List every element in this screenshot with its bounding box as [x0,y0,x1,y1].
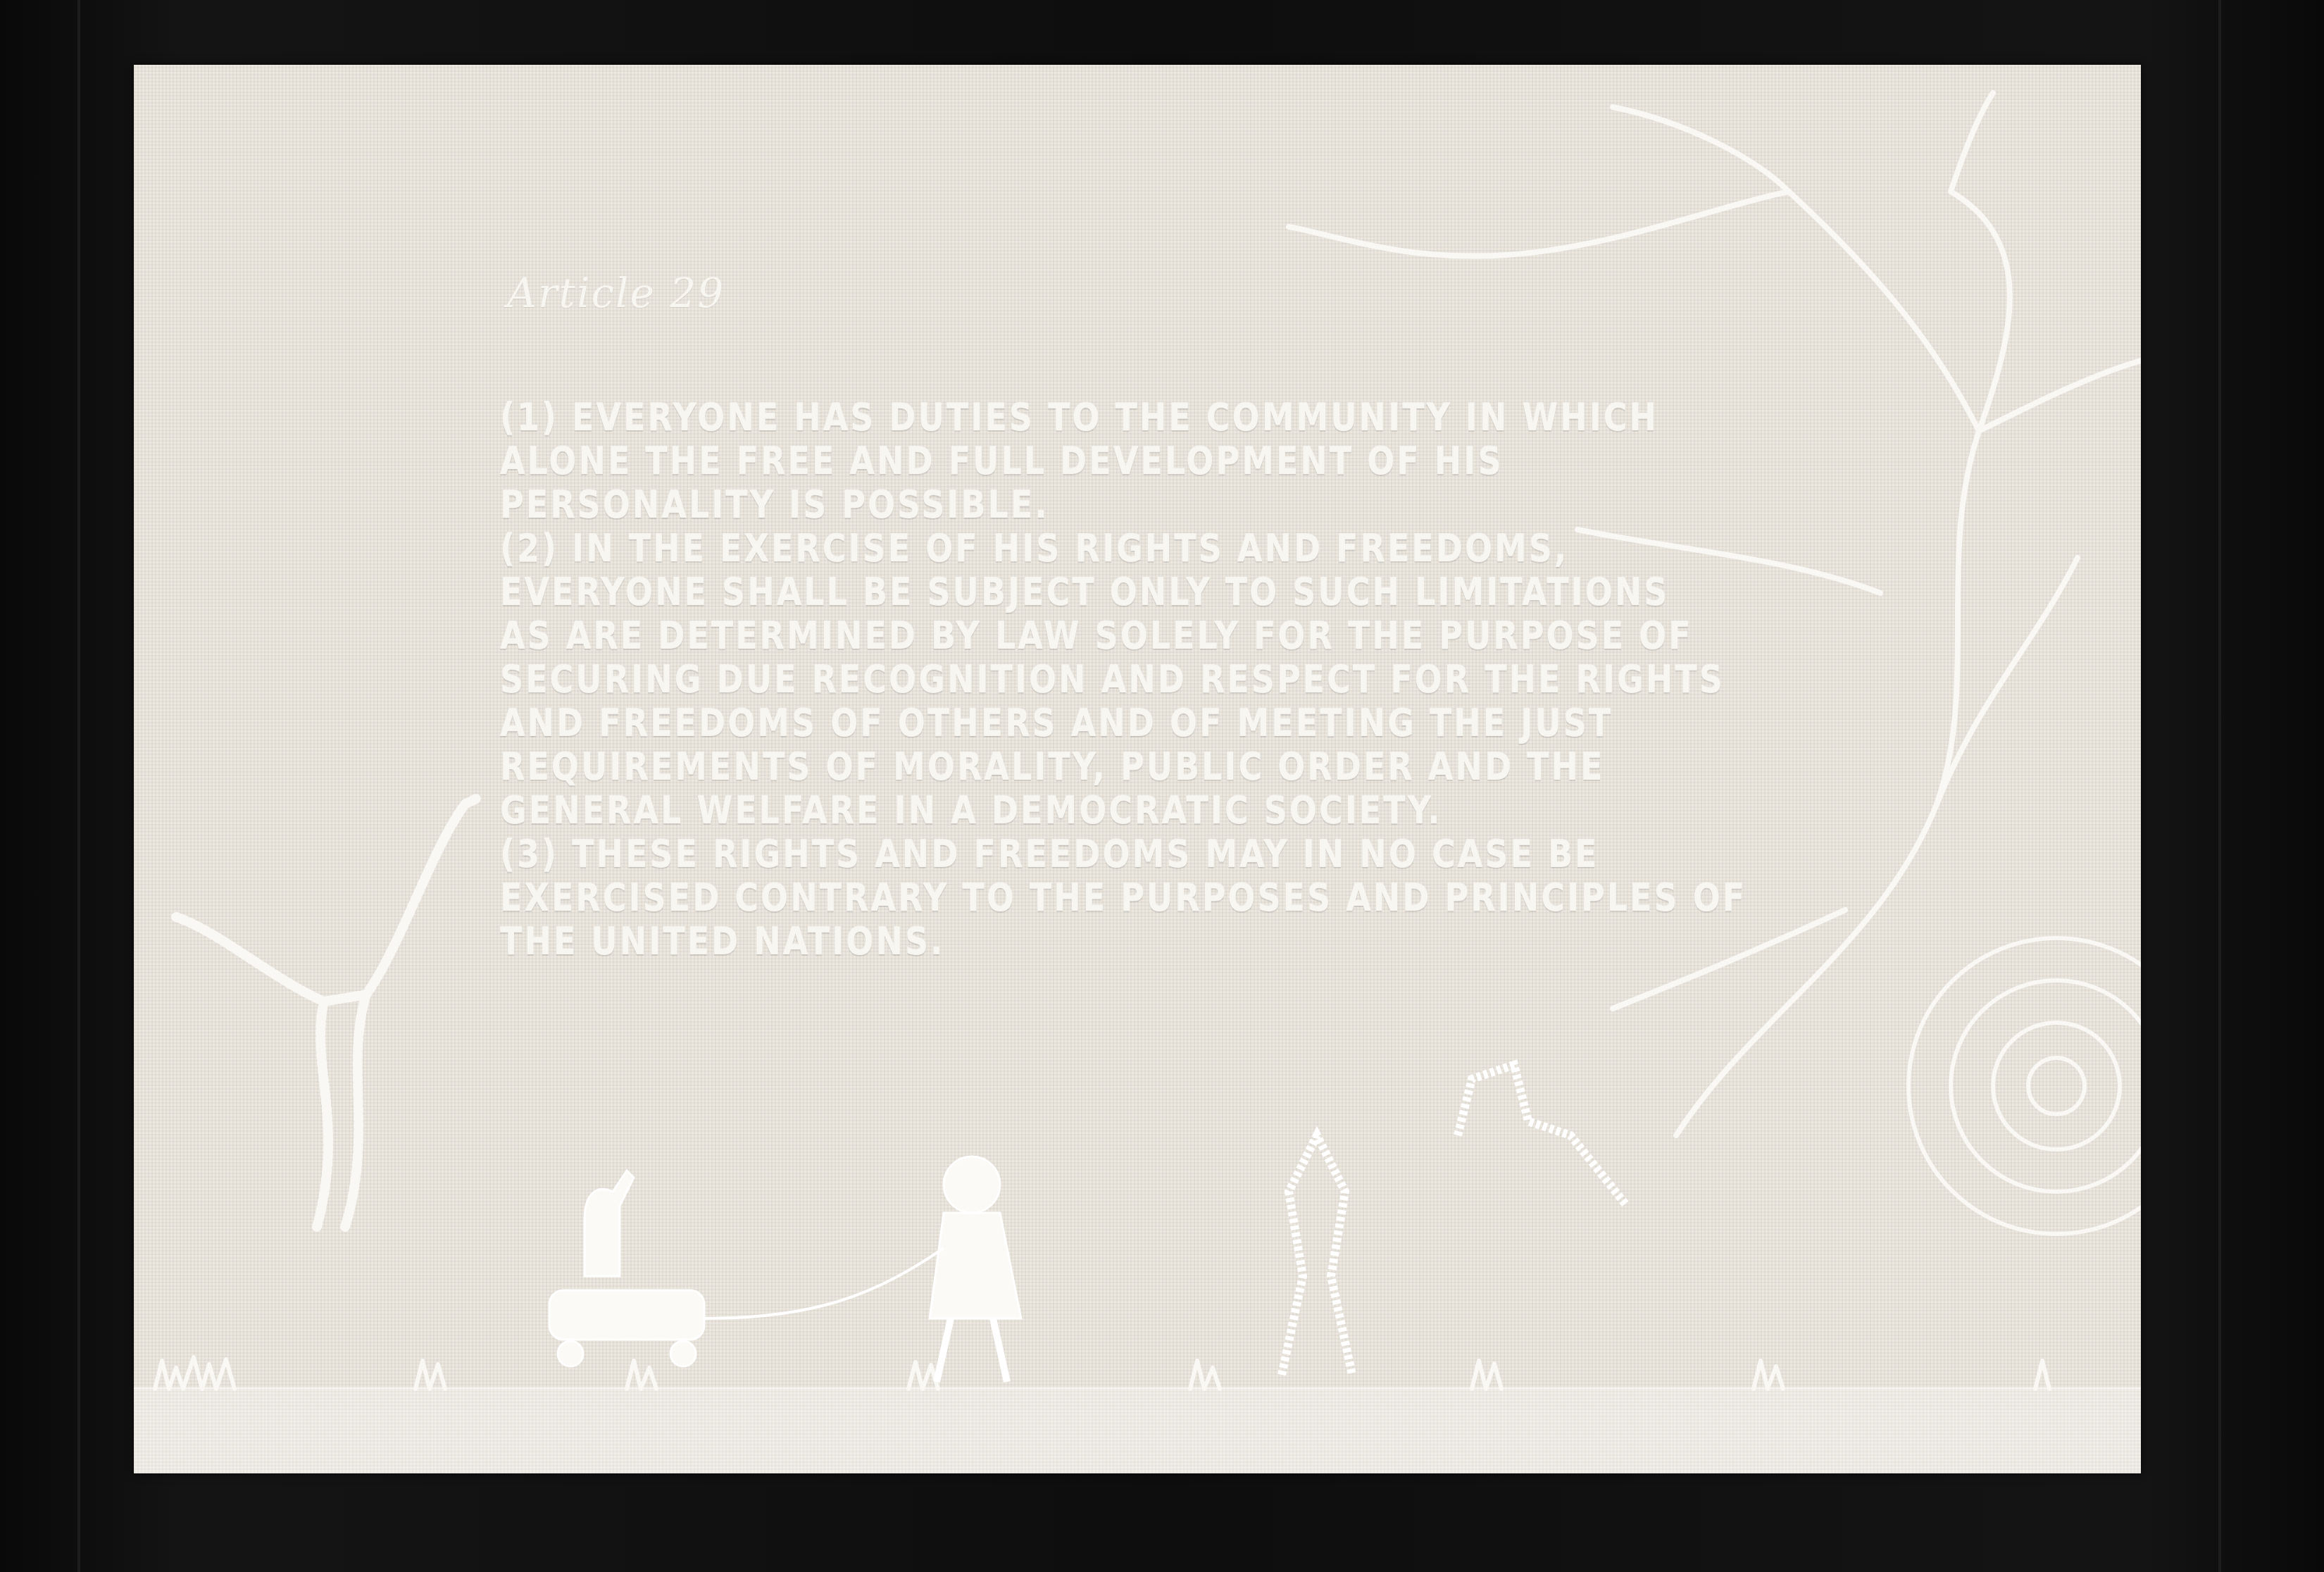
backdrop-seam [77,0,80,1572]
embroidered-linen-panel: Article 29 (1) EVERYONE HAS DUTIES TO TH… [134,65,2141,1473]
text-line: AND FREEDOMS OF OTHERS AND OF MEETING TH… [500,698,1894,748]
backdrop-seam [2218,0,2221,1572]
embroidered-text-block: (1) EVERYONE HAS DUTIES TO THE COMMUNITY… [500,396,1894,963]
article-heading: Article 29 [507,269,725,317]
text-line: REQUIREMENTS OF MORALITY, PUBLIC ORDER A… [500,742,1894,792]
text-line: PERSONALITY IS POSSIBLE. [500,480,1894,530]
two-figures-right-icon [1282,1065,1627,1375]
text-line: (3) THESE RIGHTS AND FREEDOMS MAY IN NO … [500,829,1894,879]
text-line: (1) EVERYONE HAS DUTIES TO THE COMMUNITY… [500,392,1894,442]
text-line: EVERYONE SHALL BE SUBJECT ONLY TO SUCH L… [500,567,1894,617]
child-on-cart-icon [549,1171,704,1366]
spiral-sun-icon [1908,938,2141,1234]
child-pulling-cart-icon [704,1156,1021,1382]
text-line: GENERAL WELFARE IN A DEMOCRATIC SOCIETY. [500,785,1894,835]
text-line: AS ARE DETERMINED BY LAW SOLELY FOR THE … [500,611,1894,661]
text-line: (2) IN THE EXERCISE OF HIS RIGHTS AND FR… [500,523,1894,573]
grass-border-icon [155,1357,2049,1389]
text-line: SECURING DUE RECOGNITION AND RESPECT FOR… [500,654,1894,704]
bare-tree-left-icon [176,797,479,1227]
text-line: EXERCISED CONTRARY TO THE PURPOSES AND P… [500,873,1894,923]
text-line: ALONE THE FREE AND FULL DEVELOPMENT OF H… [500,436,1894,486]
text-line: THE UNITED NATIONS. [500,916,1894,966]
